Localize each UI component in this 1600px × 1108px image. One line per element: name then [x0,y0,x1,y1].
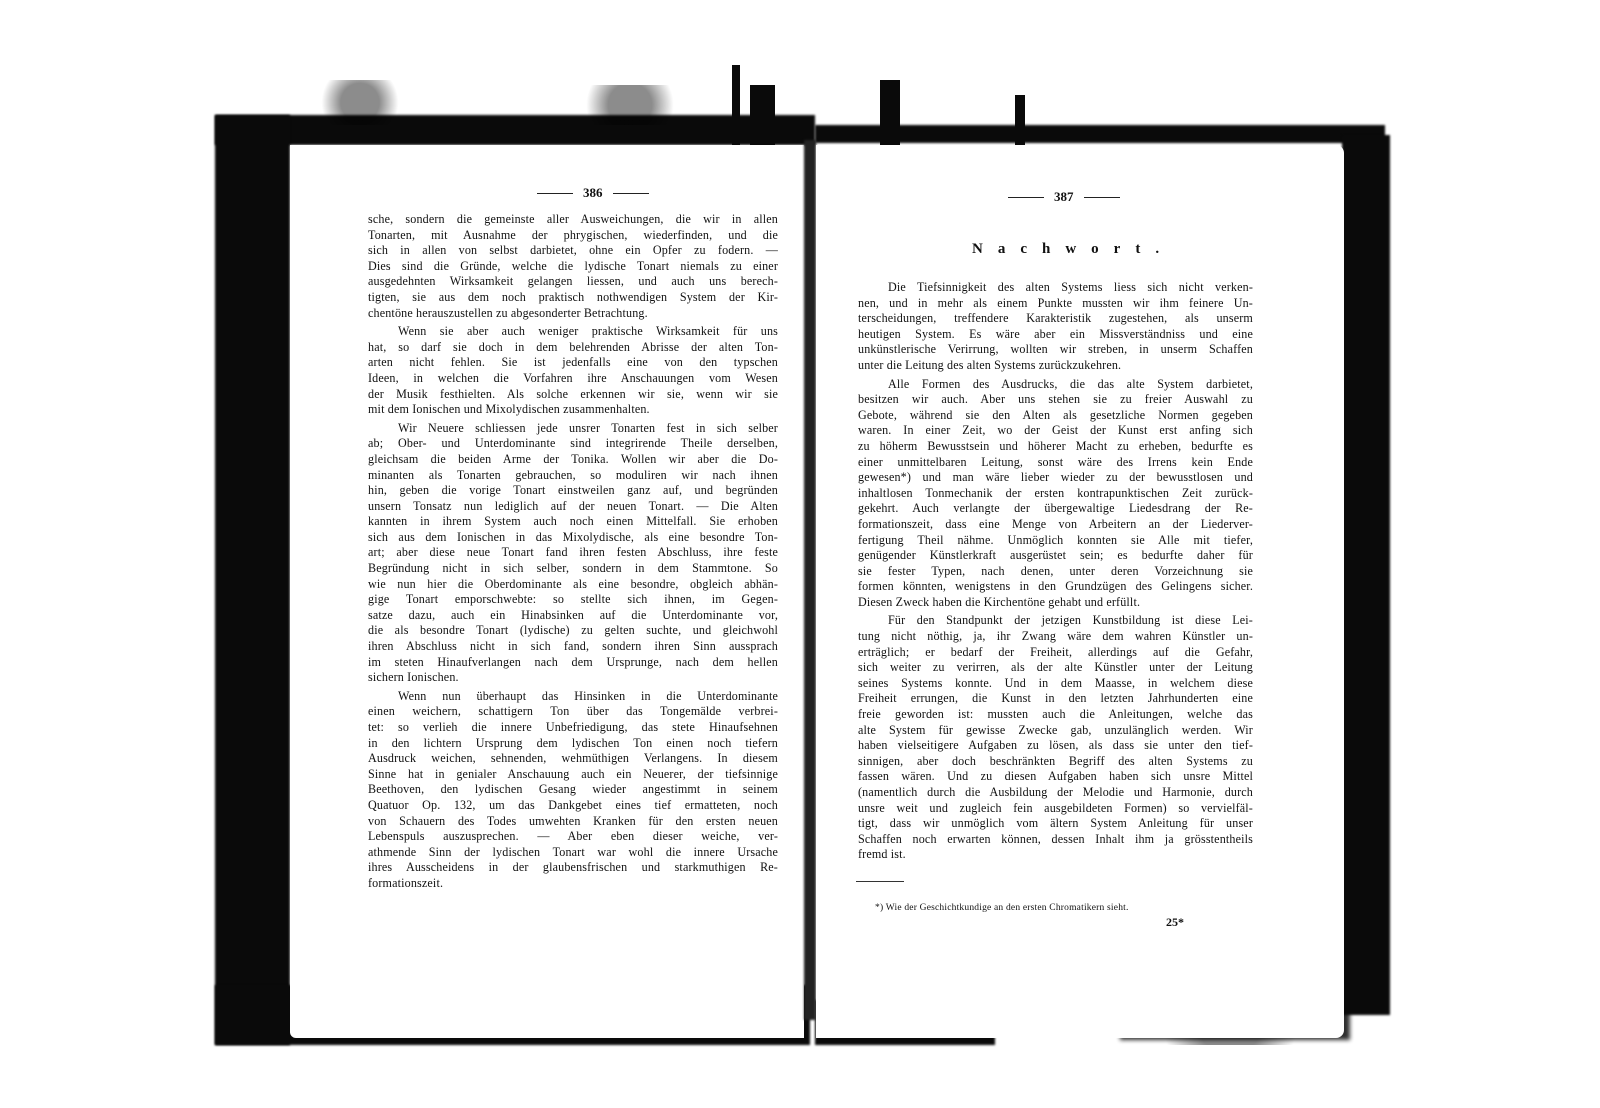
text-line: zu höherm Bewusstsein und höherer Macht … [858,439,1253,455]
text-line: arten nicht fehlen. Sie ist jedenfalls e… [368,355,778,371]
text-line: Beethoven, den lydischen Gesang wieder a… [368,782,778,798]
text-line: (namentlich durch die Ausbildung der Mel… [858,785,1253,801]
page-tab-2 [750,85,775,145]
folio-rule [1084,197,1120,198]
text-line: ihren Abschluss nicht in sich fand, sond… [368,639,778,655]
text-line: sich weiter zu verirren, als der alte Kü… [858,660,1253,676]
paragraph: Wenn nun überhaupt das Hinsinken in die … [368,689,778,892]
scan-noise [560,85,700,125]
text-line: satze dazu, auch ein Hinabsinken auf die… [368,608,778,624]
text-line: Alle Formen des Ausdrucks, die das alte … [858,377,1253,393]
text-line: Ideen, in welchen die Vorfahren ihre Ans… [368,371,778,387]
text-line: heutigen System. Es wäre aber ein Missve… [858,327,1253,343]
page-number-right: 387 [1008,189,1120,205]
text-line: Freiheit errungen, die Kunst in den letz… [858,691,1253,707]
text-line: gewesen*) und man wäre lieber wieder zu … [858,470,1253,486]
section-heading: Nachwort. [972,241,1174,258]
text-line: sche, sondern die gemeinste aller Auswei… [368,212,778,228]
text-line: Die Tiefsinnigkeit des alten Systems lie… [858,280,1253,296]
text-line: sich in allen von selbst darbietet, ohne… [368,243,778,259]
text-line: fassen wären. Und zu diesen Aufgaben hab… [858,769,1253,785]
text-line: tigten, sie aus dem noch praktisch nothw… [368,290,778,306]
book-spine [804,140,816,1020]
text-line: Wenn sie aber auch weniger praktische Wi… [368,324,778,340]
paragraph: sche, sondern die gemeinste aller Auswei… [368,212,778,321]
scan-noise [300,80,420,125]
text-line: sich aus dem Ionischen in das Mixolydisc… [368,530,778,546]
text-line: terscheidungen, treffendere Karakteristi… [858,311,1253,327]
text-line: ab; Ober- und Unterdominante sind integr… [368,436,778,452]
signature-mark: 25* [1166,915,1184,930]
text-line: sinnigen, aber doch beschränkten Begriff… [858,754,1253,770]
text-line: unter die Leitung des alten Systems zurü… [858,358,1253,374]
text-line: Tonarten, mit Ausnahme der phrygischen, … [368,228,778,244]
paragraph: Für den Standpunkt der jetzigen Kunstbil… [858,613,1253,863]
page-number-text: 387 [1054,189,1074,205]
text-line: tigt, dass wir unmöglich vom ältern Syst… [858,816,1253,832]
book-edge-top-right [815,125,1385,143]
text-line: tung nicht nöthig, ja, ihr Zwang wäre de… [858,629,1253,645]
text-line: alte System für gewisse Zwecke gab, unzu… [858,723,1253,739]
text-line: Ausdruck weichen, sehnenden, wehmüthigen… [368,751,778,767]
paragraph: Wir Neuere schliessen jede unsrer Tonart… [368,421,778,686]
page-number-text: 386 [583,185,603,201]
right-page-body: Die Tiefsinnigkeit des alten Systems lie… [858,280,1253,866]
paragraph: Die Tiefsinnigkeit des alten Systems lie… [858,280,1253,374]
text-line: haben vielseitigere Aufgaben zu lösen, a… [858,738,1253,754]
text-line: genügender Künstlerkraft ausgerüstet sei… [858,548,1253,564]
text-line: Sinne hat in genialer Anschauung auch ei… [368,767,778,783]
text-line: fertigung Theil nähme. Unmöglich konnten… [858,533,1253,549]
text-line: Lebenspuls auszusprechen. — Aber eben di… [368,829,778,845]
text-line: formationszeit. [368,876,778,892]
page-tab-4 [1015,95,1025,145]
text-line: freie geworden ist: mussten auch die Anl… [858,707,1253,723]
text-line: Wir Neuere schliessen jede unsrer Tonart… [368,421,778,437]
text-line: Schaffen noch erwarten können, dessen In… [858,832,1253,848]
text-line: waren. In einer Zeit, wo der Geist der K… [858,423,1253,439]
page-tab-3 [880,80,900,145]
footnote-rule [856,881,904,882]
text-line: sie fester Typen, nach denen, unter dere… [858,564,1253,580]
text-line: ihres Ausscheidens in der glaubensfrisch… [368,860,778,876]
text-line: ausgedehnten Wirksamkeit gelangen liesse… [368,274,778,290]
page-tab-1 [732,65,740,145]
text-line: unsern Tonsatz nun lediglich auf der neu… [368,499,778,515]
text-line: hin, geben die vorige Tonart einstweilen… [368,483,778,499]
text-line: der Musik festhielten. Als solche erkenn… [368,387,778,403]
text-line: gige Tonart emporschwebte: so stellte si… [368,592,778,608]
text-line: inhaltlosen Tonmechanik der ersten kontr… [858,486,1253,502]
text-line: Gebote, während sie den Alten als gesetz… [858,408,1253,424]
text-line: im steten Hinaufverlangen nach dem Urspr… [368,655,778,671]
book-edge-right [1342,135,1390,1015]
text-line: kannten in ihrem System auch noch einen … [368,514,778,530]
text-line: in den lichtern Ursprung dem lydischen T… [368,736,778,752]
text-line: besitzen wir auch. Aber uns stehen sie z… [858,392,1253,408]
folio-rule [1008,197,1044,198]
text-line: art; aber diese neue Tonart fand ihren f… [368,545,778,561]
text-line: unkünstlerische Verirrung, wollten wir s… [858,342,1253,358]
left-page-body: sche, sondern die gemeinste aller Auswei… [368,212,778,895]
text-line: hat, so darf sie doch in dem belehrenden… [368,340,778,356]
text-line: wie nun hier die Oberdominante als eine … [368,577,778,593]
text-line: Für den Standpunkt der jetzigen Kunstbil… [858,613,1253,629]
book-edge-left [215,115,290,1045]
footnote: *) Wie der Geschichtkundige an den erste… [875,903,1129,913]
text-line: seines Systems konnte. Und in dem Maasse… [858,676,1253,692]
text-line: athmende Sinn der lydischen Tonart war w… [368,845,778,861]
text-line: Begründung nicht in sich selber, sondern… [368,561,778,577]
text-line: gekehrt. Auch verlangte der übergewaltig… [858,501,1253,517]
text-line: mit dem Ionischen und Mixolydischen zusa… [368,402,778,418]
text-line: nen, und in mehr als einem Punkte musste… [858,296,1253,312]
paragraph: Alle Formen des Ausdrucks, die das alte … [858,377,1253,611]
text-line: minanten als Tonarten gebrauchen, so mod… [368,468,778,484]
text-line: einer unmittelbaren Leitung, sonst wäre … [858,455,1253,471]
text-line: Quatuor Op. 132, um das Dankgebet eines … [368,798,778,814]
folio-rule [537,193,573,194]
text-line: unsre weit und zugleich fein ausgebildet… [858,801,1253,817]
text-line: Diesen Zweck haben die Kirchentöne gehab… [858,595,1253,611]
page-number-left: 386 [537,185,649,201]
text-line: die als besondre Tonart (lydische) zu ge… [368,623,778,639]
text-line: formen könnten, wenigstens in den Grundz… [858,579,1253,595]
text-line: erträglich; er bedarf der Freiheit, alle… [858,645,1253,661]
text-line: chentöne herauszustellen zu abgesonderte… [368,306,778,322]
paragraph: Wenn sie aber auch weniger praktische Wi… [368,324,778,418]
folio-rule [613,193,649,194]
text-line: formationszeit, dass eine Menge von Arbe… [858,517,1253,533]
text-line: tet: so verlieh die innere Unbefriedigun… [368,720,778,736]
text-line: Wenn nun überhaupt das Hinsinken in die … [368,689,778,705]
text-line: von Schauern des Todes umwehten Kranken … [368,814,778,830]
text-line: sichern Ionischen. [368,670,778,686]
text-line: fremd ist. [858,847,1253,863]
text-line: einen weichern, schattigern Ton über das… [368,704,778,720]
text-line: gleichsam die beiden Arme der Tonika. Wo… [368,452,778,468]
text-line: Dies sind die Gründe, welche die lydisch… [368,259,778,275]
